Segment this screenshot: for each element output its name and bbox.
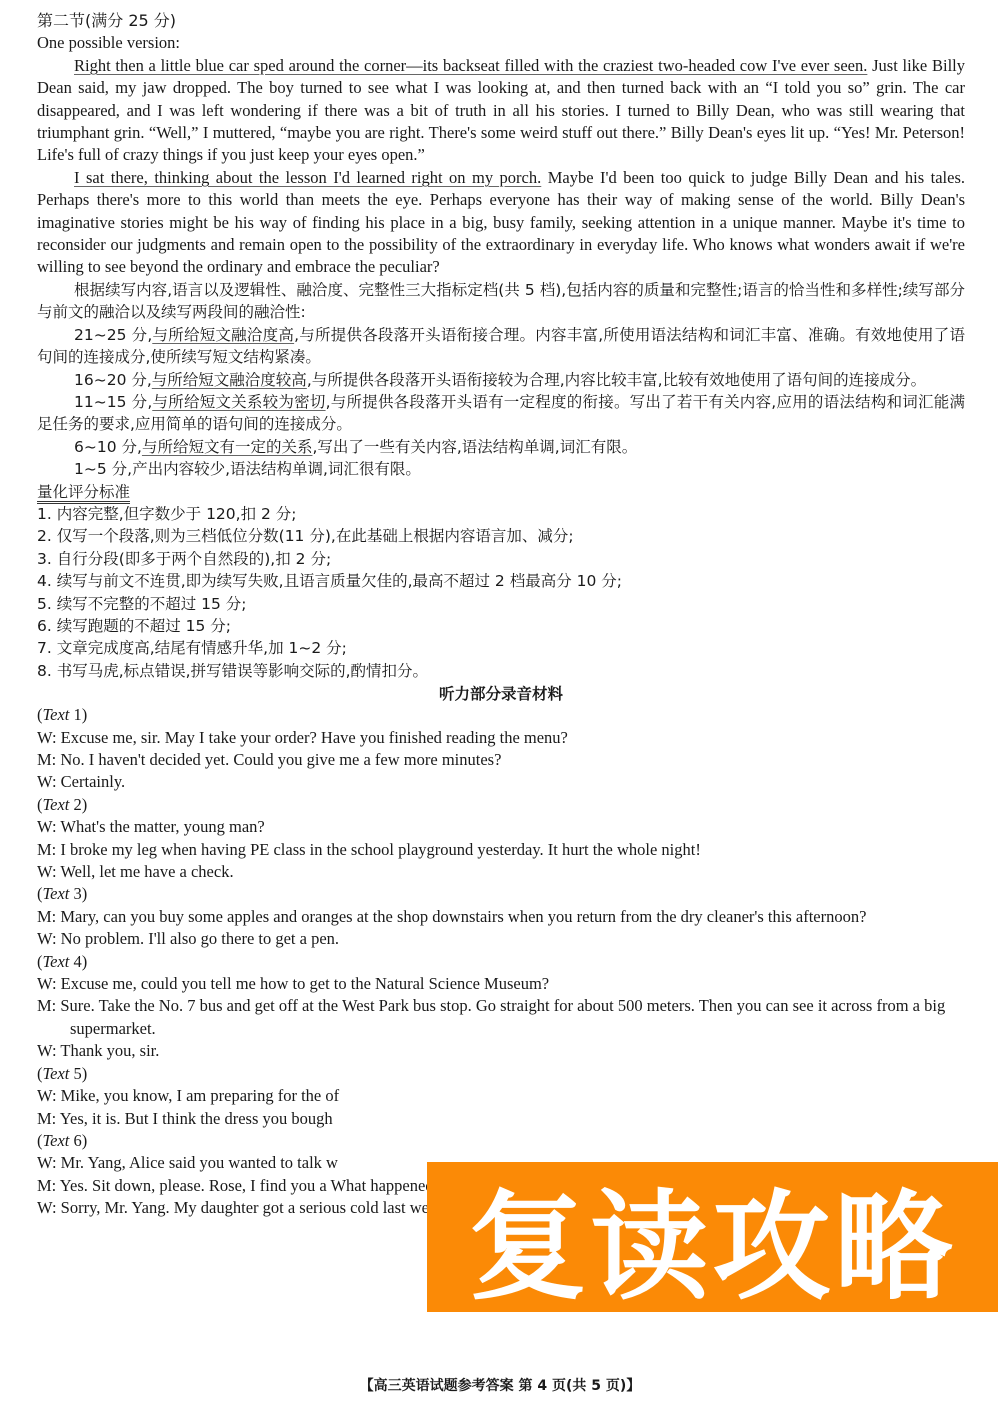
text-label-word: Text — [43, 1064, 70, 1083]
dialogue-line: W: Excuse me, sir. May I take your order… — [37, 727, 965, 749]
dialogue-line: W: Mike, you know, I am preparing for th… — [37, 1085, 965, 1107]
level-range: 16~20 分, — [74, 371, 152, 389]
text-label-word: Text — [43, 795, 70, 814]
level-key-phrase: 与所给短文关系较为密切 — [152, 393, 325, 411]
text-label-word: Text — [43, 884, 70, 903]
text-label-num: 5) — [69, 1064, 87, 1083]
level-key-phrase: 与所给短文融洽度高 — [152, 326, 294, 344]
quant-item: 5. 续写不完整的不超过 15 分; — [37, 593, 965, 615]
dialogue-line: M: Mary, can you buy some apples and ora… — [37, 906, 965, 928]
quant-item: 8. 书写马虎,标点错误,拼写错误等影响交际的,酌情扣分。 — [37, 660, 965, 682]
version-label: One possible version: — [37, 32, 965, 54]
text-label-num: 4) — [69, 952, 87, 971]
dialogue-line: M: I broke my leg when having PE class i… — [37, 839, 965, 861]
essay-paragraph-1: Right then a little blue car sped around… — [37, 55, 965, 167]
listening-transcript: (Text 1) W: Excuse me, sir. May I take y… — [37, 704, 965, 1219]
quant-item: 6. 续写跑题的不超过 15 分; — [37, 615, 965, 637]
dialogue-line: W: Thank you, sir. — [37, 1040, 965, 1062]
dialogue-line: M: No. I haven't decided yet. Could you … — [37, 749, 965, 771]
text-label: (Text 3) — [37, 883, 965, 905]
level-range: 6~10 分, — [74, 438, 142, 456]
dialogue-line: M: Yes, it is. But I think the dress you… — [37, 1108, 965, 1130]
quant-item: 1. 内容完整,但字数少于 120,扣 2 分; — [37, 503, 965, 525]
watermark-text: 复读攻略 — [468, 1152, 956, 1322]
level-key-phrase: 与所给短文有一定的关系 — [142, 438, 313, 456]
document-page: 第二节(满分 25 分) One possible version: Right… — [37, 10, 965, 1220]
essay: Right then a little blue car sped around… — [37, 55, 965, 279]
level-range: 21~25 分, — [74, 326, 152, 344]
text-label: (Text 1) — [37, 704, 965, 726]
text-label-num: 3) — [69, 884, 87, 903]
section-heading: 第二节(满分 25 分) — [37, 10, 965, 32]
dialogue-line: W: Excuse me, could you tell me how to g… — [37, 973, 965, 995]
grading-level-4: 6~10 分,与所给短文有一定的关系,写出了一些有关内容,语法结构单调,词汇有限… — [37, 436, 965, 458]
essay-paragraph-2: I sat there, thinking about the lesson I… — [37, 167, 965, 279]
level-range: 11~15 分, — [74, 393, 152, 411]
grading-intro: 根据续写内容,语言以及逻辑性、融洽度、完整性三大指标定档(共 5 档),包括内容… — [37, 279, 965, 324]
text-label: (Text 5) — [37, 1063, 965, 1085]
grading-level-3: 11~15 分,与所给短文关系较为密切,与所提供各段落开头语有一定程度的衔接。写… — [37, 391, 965, 436]
level-description: ,与所提供各段落开头语衔接较为合理,内容比较丰富,比较有效地使用了语句间的连接成… — [307, 371, 926, 389]
text-label-word: Text — [43, 1131, 70, 1150]
text-label: (Text 2) — [37, 794, 965, 816]
quant-item: 2. 仅写一个段落,则为三档低位分数(11 分),在此基础上根据内容语言加、减分… — [37, 525, 965, 547]
level-description: 产出内容较少,语法结构单调,词汇很有限。 — [132, 460, 421, 478]
quant-item: 4. 续写与前文不连贯,即为续写失败,且语言质量欠佳的,最高不超过 2 档最高分… — [37, 570, 965, 592]
dialogue-line: W: What's the matter, young man? — [37, 816, 965, 838]
text-label-word: Text — [43, 952, 70, 971]
dialogue-line: W: Certainly. — [37, 771, 965, 793]
level-key-phrase: 与所给短文融洽度较高 — [152, 371, 307, 389]
text-label-num: 6) — [69, 1131, 87, 1150]
text-label: (Text 6) — [37, 1130, 965, 1152]
text-label-num: 2) — [69, 795, 87, 814]
essay-p1-underlined: Right then a little blue car sped around… — [74, 56, 867, 75]
dialogue-line: M: Sure. Take the No. 7 bus and get off … — [37, 995, 965, 1040]
quant-title: 量化评分标准 — [37, 481, 965, 503]
grading-level-5: 1~5 分,产出内容较少,语法结构单调,词汇很有限。 — [37, 458, 965, 480]
quant-title-text: 量化评分标准 — [37, 483, 130, 504]
text-label-word: Text — [43, 705, 70, 724]
page-footer: 【高三英语试题参考答案 第 4 页(共 5 页)】 — [0, 1375, 1000, 1395]
level-range: 1~5 分, — [74, 460, 132, 478]
grading-level-2: 16~20 分,与所给短文融洽度较高,与所提供各段落开头语衔接较为合理,内容比较… — [37, 369, 965, 391]
dialogue-line: W: Well, let me have a check. — [37, 861, 965, 883]
listening-title: 听力部分录音材料 — [37, 682, 965, 704]
grading-criteria: 根据续写内容,语言以及逻辑性、融洽度、完整性三大指标定档(共 5 档),包括内容… — [37, 279, 965, 682]
watermark-banner: 复读攻略 — [427, 1162, 998, 1312]
dialogue-line: W: No problem. I'll also go there to get… — [37, 928, 965, 950]
essay-p2-underlined: I sat there, thinking about the lesson I… — [74, 168, 541, 187]
text-label-num: 1) — [69, 705, 87, 724]
grading-level-1: 21~25 分,与所给短文融洽度高,与所提供各段落开头语衔接合理。内容丰富,所使… — [37, 324, 965, 369]
quant-item: 7. 文章完成度高,结尾有情感升华,加 1~2 分; — [37, 637, 965, 659]
level-description: ,写出了一些有关内容,语法结构单调,词汇有限。 — [312, 438, 637, 456]
text-label: (Text 4) — [37, 951, 965, 973]
quant-item: 3. 自行分段(即多于两个自然段的),扣 2 分; — [37, 548, 965, 570]
